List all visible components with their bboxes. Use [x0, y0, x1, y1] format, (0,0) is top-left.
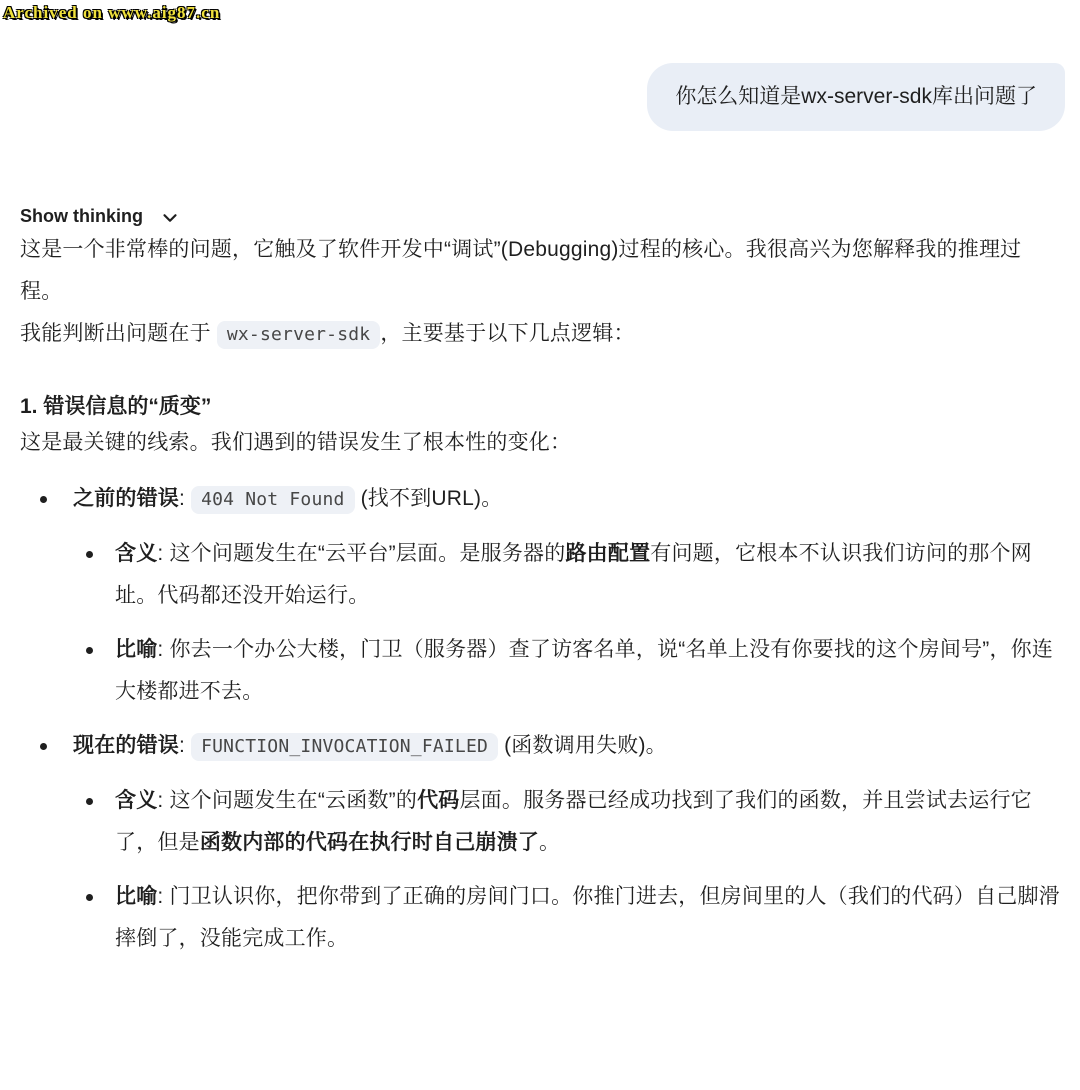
- section-heading-error-change: 1. 错误信息的“质变”: [20, 392, 1060, 422]
- list-item-text: 比喻: 门卫认识你，把你带到了正确的房间门口。你推门进去，但房间里的人（我们的代…: [115, 876, 1060, 960]
- sublist-current-error: 含义: 这个问题发生在“云函数”的代码层面。服务器已经成功找到了我们的函数，并且…: [73, 780, 1060, 960]
- assistant-paragraph-clue: 这是最关键的线索。我们遇到的错误发生了根本性的变化：: [20, 422, 1060, 464]
- list-item-text: 之前的错误: 404 Not Found (找不到URL)。: [73, 478, 1060, 521]
- list-item-text: 现在的错误: FUNCTION_INVOCATION_FAILED (函数调用失…: [73, 725, 1060, 768]
- assistant-paragraph-intro: 这是一个非常棒的问题，它触及了软件开发中“调试”(Debugging)过程的核心…: [20, 229, 1060, 313]
- list-item-meaning: 含义: 这个问题发生在“云平台”层面。是服务器的路由配置有问题，它根本不认识我们…: [73, 533, 1060, 617]
- list-item-text: 含义: 这个问题发生在“云函数”的代码层面。服务器已经成功找到了我们的函数，并且…: [115, 780, 1060, 864]
- show-thinking-button[interactable]: Show thinking: [20, 204, 181, 229]
- show-thinking-label: Show thinking: [20, 206, 143, 227]
- user-message-row: 你怎么知道是wx-server-sdk库出问题了: [20, 63, 1060, 131]
- list-item-previous-error: 之前的错误: 404 Not Found (找不到URL)。 含义: 这个问题发…: [20, 478, 1060, 713]
- user-message-bubble: 你怎么知道是wx-server-sdk库出问题了: [647, 63, 1065, 131]
- error-comparison-list: 之前的错误: 404 Not Found (找不到URL)。 含义: 这个问题发…: [20, 478, 1060, 960]
- assistant-paragraph-conclusion: 我能判断出问题在于 wx-server-sdk，主要基于以下几点逻辑：: [20, 313, 1060, 356]
- list-item-analogy: 比喻: 你去一个办公大楼，门卫（服务器）查了访客名单，说“名单上没有你要找的这个…: [73, 629, 1060, 713]
- list-item-text: 含义: 这个问题发生在“云平台”层面。是服务器的路由配置有问题，它根本不认识我们…: [115, 533, 1060, 617]
- archive-watermark: Archived on www.aig87.cn: [3, 3, 220, 23]
- list-item-text: 比喻: 你去一个办公大楼，门卫（服务器）查了访客名单，说“名单上没有你要找的这个…: [115, 629, 1060, 713]
- list-item-meaning: 含义: 这个问题发生在“云函数”的代码层面。服务器已经成功找到了我们的函数，并且…: [73, 780, 1060, 864]
- chevron-down-icon: [159, 204, 181, 229]
- list-item-analogy: 比喻: 门卫认识你，把你带到了正确的房间门口。你推门进去，但房间里的人（我们的代…: [73, 876, 1060, 960]
- sublist-previous-error: 含义: 这个问题发生在“云平台”层面。是服务器的路由配置有问题，它根本不认识我们…: [73, 533, 1060, 713]
- chat-conversation: 你怎么知道是wx-server-sdk库出问题了 Show thinking 这…: [0, 63, 1080, 960]
- list-item-current-error: 现在的错误: FUNCTION_INVOCATION_FAILED (函数调用失…: [20, 725, 1060, 960]
